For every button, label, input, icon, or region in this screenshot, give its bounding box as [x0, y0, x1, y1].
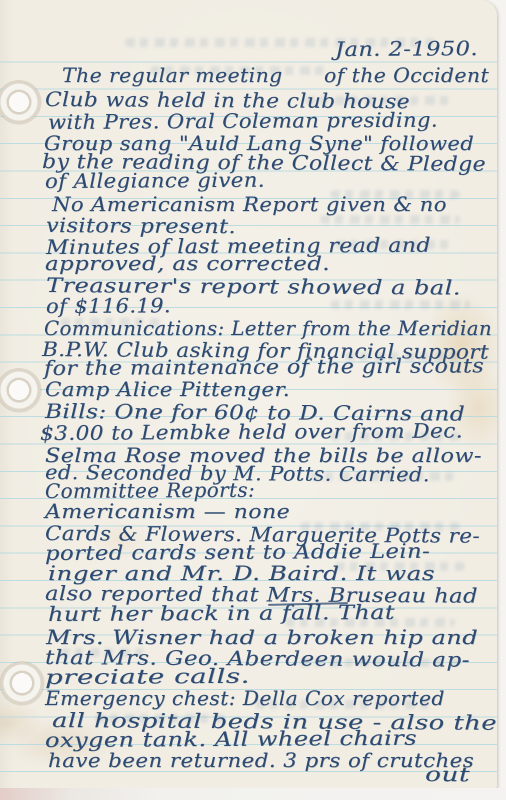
handwritten-line: approved, as corrected.: [45, 252, 330, 274]
handwritten-line: Communications: Letter from the Meridian: [44, 317, 492, 339]
handwritten-line: Jan. 2-1950.: [335, 37, 478, 60]
handwritten-line: of Allegiance given.: [45, 169, 265, 192]
handwritten-line: The regular meeting of the Occident: [62, 64, 489, 86]
handwritten-line: No Americanism Report given & no: [52, 193, 447, 215]
handwritten-line: with Pres. Oral Coleman presiding.: [48, 109, 438, 133]
handwritten-line: Camp Alice Pittenger.: [45, 378, 290, 400]
paper-sheet: Jan. 2-1950.The regular meeting of the O…: [0, 0, 497, 788]
handwritten-line: of $116.19.: [46, 294, 171, 317]
scanner-edge-shadow: [0, 788, 506, 800]
scanned-notebook-page: { "document": { "date": "Jan. 2-1950.", …: [0, 0, 506, 800]
bleed-through-writing: [320, 215, 460, 224]
handwritten-line: preciate calls.: [45, 665, 250, 688]
handwritten-line: out: [425, 763, 470, 785]
handwritten-line: $3.00 to Lembke held over from Dec.: [40, 419, 463, 444]
handwritten-line: for the maintenance of the girl scouts: [44, 354, 484, 379]
handwritten-line: Americanism — none: [45, 500, 290, 522]
handwritten-line: Emergency chest: Della Cox reported: [45, 687, 445, 709]
bleed-through-writing: [330, 300, 470, 309]
punch-hole: [0, 661, 45, 707]
handwritten-line: have been returned. 3 prs of crutches: [48, 749, 474, 771]
handwritten-line: hurt her back in a fall. That: [48, 601, 395, 625]
